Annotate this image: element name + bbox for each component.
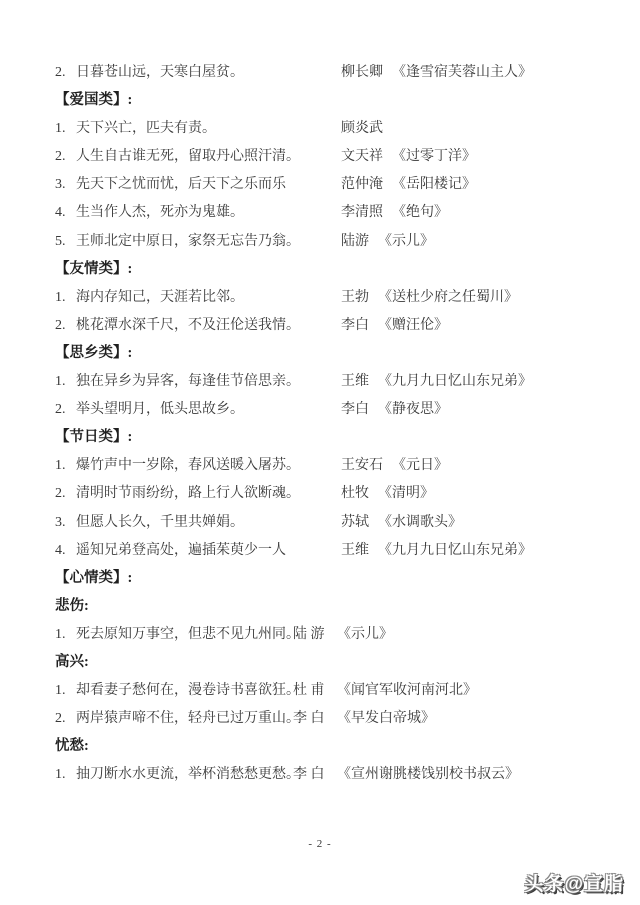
section-heading: 【心情类】: <box>55 569 626 597</box>
quote-work: 《过零丁洋》 <box>392 147 476 166</box>
quote-number: 1. <box>55 765 76 784</box>
quote-number: 1. <box>55 119 76 138</box>
quote-line: 4.遥知兄弟登高处，遍插茱萸少一人王维《九月九日忆山东兄弟》 <box>55 541 626 569</box>
watermark-toutiao: 头条@宣脂 <box>524 869 624 896</box>
quote-author: 杜牧 <box>341 484 369 503</box>
quote-author: 苏轼 <box>341 513 369 532</box>
quote-work: 《元日》 <box>392 456 448 475</box>
quote-text: 先天下之忧而忧，后天下之乐而乐 <box>76 175 341 194</box>
quote-line: 1.死去原知万事空，但悲不见九州同。陆 游《示儿》 <box>55 625 626 653</box>
heading-text: 悲伤: <box>55 597 89 616</box>
heading-text: 【心情类】: <box>55 569 132 588</box>
quote-author: 顾炎武 <box>341 119 383 138</box>
quote-author: 李清照 <box>341 203 383 222</box>
quote-number: 1. <box>55 625 76 644</box>
quote-line: 2.举头望明月，低头思故乡。李白《静夜思》 <box>55 400 626 428</box>
quote-text: 人生自古谁无死，留取丹心照汗清。 <box>76 147 341 166</box>
quote-number: 3. <box>55 175 76 194</box>
mood-subheading: 高兴: <box>55 653 626 681</box>
quote-author: 陆 游 <box>293 625 337 644</box>
quote-number: 2. <box>55 709 76 728</box>
quote-author: 王勃 <box>341 288 369 307</box>
quote-author: 柳长卿 <box>341 63 383 82</box>
quote-line: 1.天下兴亡，匹夫有责。顾炎武 <box>55 119 626 147</box>
quote-work: 《赠汪伦》 <box>378 316 448 335</box>
quote-author: 王安石 <box>341 456 383 475</box>
quote-text: 桃花潭水深千尺，不及汪伦送我情。 <box>76 316 341 335</box>
quote-number: 5. <box>55 232 76 251</box>
quote-author: 王维 <box>341 372 369 391</box>
mood-subheading: 忧愁: <box>55 737 626 765</box>
quote-number: 1. <box>55 288 76 307</box>
document-page: 2.日暮苍山远，天寒白屋贫。柳长卿《逢雪宿芙蓉山主人》【爱国类】:1.天下兴亡，… <box>0 0 640 905</box>
quote-text: 遥知兄弟登高处，遍插茱萸少一人 <box>76 541 341 560</box>
quote-line: 3.先天下之忧而忧，后天下之乐而乐范仲淹《岳阳楼记》 <box>55 175 626 203</box>
section-heading: 【爱国类】: <box>55 91 626 119</box>
section-heading: 【思乡类】: <box>55 344 626 372</box>
quote-line: 4.生当作人杰，死亦为鬼雄。李清照《绝句》 <box>55 203 626 231</box>
quote-text: 生当作人杰，死亦为鬼雄。 <box>76 203 341 222</box>
mood-subheading: 悲伤: <box>55 597 626 625</box>
quote-work: 《宣州谢朓楼饯别校书叔云》 <box>337 765 519 784</box>
quote-line: 1.却看妻子愁何在，漫卷诗书喜欲狂。杜 甫《闻官军收河南河北》 <box>55 681 626 709</box>
quote-text: 但愿人长久，千里共婵娟。 <box>76 513 341 532</box>
quote-line: 2.清明时节雨纷纷，路上行人欲断魂。杜牧《清明》 <box>55 484 626 512</box>
heading-text: 高兴: <box>55 653 89 672</box>
quote-line: 1.海内存知己，天涯若比邻。王勃《送杜少府之任蜀川》 <box>55 288 626 316</box>
quote-work: 《逢雪宿芙蓉山主人》 <box>392 63 532 82</box>
quote-number: 4. <box>55 203 76 222</box>
quote-work: 《九月九日忆山东兄弟》 <box>378 372 532 391</box>
page-number: - 2 - <box>0 838 640 850</box>
quote-line: 2.两岸猿声啼不住，轻舟已过万重山。李 白《早发白帝城》 <box>55 709 626 737</box>
quote-number: 4. <box>55 541 76 560</box>
quote-text: 却看妻子愁何在，漫卷诗书喜欲狂。 <box>76 681 293 700</box>
quote-work: 《水调歌头》 <box>378 513 462 532</box>
quote-number: 2. <box>55 316 76 335</box>
quote-text: 天下兴亡，匹夫有责。 <box>76 119 341 138</box>
quote-author: 李 白 <box>293 765 337 784</box>
quote-text: 两岸猿声啼不住，轻舟已过万重山。 <box>76 709 293 728</box>
quote-work: 《闻官军收河南河北》 <box>337 681 477 700</box>
quote-work: 《示儿》 <box>378 232 434 251</box>
quote-author: 李白 <box>341 316 369 335</box>
quote-author: 杜 甫 <box>293 681 337 700</box>
heading-text: 【节日类】: <box>55 428 132 447</box>
quote-author: 李 白 <box>293 709 337 728</box>
quote-line: 2.日暮苍山远，天寒白屋贫。柳长卿《逢雪宿芙蓉山主人》 <box>55 63 626 91</box>
quote-number: 2. <box>55 63 76 82</box>
quote-text: 海内存知己，天涯若比邻。 <box>76 288 341 307</box>
quote-author: 李白 <box>341 400 369 419</box>
quote-number: 1. <box>55 372 76 391</box>
quote-line: 2.人生自古谁无死，留取丹心照汗清。文天祥《过零丁洋》 <box>55 147 626 175</box>
quote-work: 《岳阳楼记》 <box>392 175 476 194</box>
quote-text: 爆竹声中一岁除，春风送暖入屠苏。 <box>76 456 341 475</box>
quote-work: 《九月九日忆山东兄弟》 <box>378 541 532 560</box>
section-heading: 【节日类】: <box>55 428 626 456</box>
heading-text: 【思乡类】: <box>55 344 132 363</box>
quote-number: 2. <box>55 147 76 166</box>
heading-text: 【友情类】: <box>55 260 132 279</box>
quote-work: 《示儿》 <box>337 625 393 644</box>
quote-author: 陆游 <box>341 232 369 251</box>
quote-text: 独在异乡为异客，每逢佳节倍思亲。 <box>76 372 341 391</box>
quote-line: 1.独在异乡为异客，每逢佳节倍思亲。王维《九月九日忆山东兄弟》 <box>55 372 626 400</box>
quote-text: 王师北定中原日，家祭无忘告乃翁。 <box>76 232 341 251</box>
quote-author: 文天祥 <box>341 147 383 166</box>
quote-author: 王维 <box>341 541 369 560</box>
poem-list: 2.日暮苍山远，天寒白屋贫。柳长卿《逢雪宿芙蓉山主人》【爱国类】:1.天下兴亡，… <box>55 63 626 793</box>
quote-work: 《送杜少府之任蜀川》 <box>378 288 518 307</box>
quote-text: 死去原知万事空，但悲不见九州同。 <box>76 625 293 644</box>
quote-line: 3.但愿人长久，千里共婵娟。苏轼《水调歌头》 <box>55 513 626 541</box>
quote-number: 3. <box>55 513 76 532</box>
quote-text: 抽刀断水水更流，举杯消愁愁更愁。 <box>76 765 293 784</box>
quote-line: 5.王师北定中原日，家祭无忘告乃翁。陆游《示儿》 <box>55 232 626 260</box>
quote-number: 2. <box>55 484 76 503</box>
quote-number: 1. <box>55 681 76 700</box>
heading-text: 忧愁: <box>55 737 89 756</box>
quote-work: 《早发白帝城》 <box>337 709 435 728</box>
quote-text: 清明时节雨纷纷，路上行人欲断魂。 <box>76 484 341 503</box>
quote-text: 日暮苍山远，天寒白屋贫。 <box>76 63 341 82</box>
quote-work: 《静夜思》 <box>378 400 448 419</box>
quote-line: 1.爆竹声中一岁除，春风送暖入屠苏。王安石《元日》 <box>55 456 626 484</box>
quote-text: 举头望明月，低头思故乡。 <box>76 400 341 419</box>
quote-number: 2. <box>55 400 76 419</box>
quote-line: 1.抽刀断水水更流，举杯消愁愁更愁。李 白《宣州谢朓楼饯别校书叔云》 <box>55 765 626 793</box>
quote-line: 2.桃花潭水深千尺，不及汪伦送我情。李白《赠汪伦》 <box>55 316 626 344</box>
quote-work: 《清明》 <box>378 484 434 503</box>
quote-number: 1. <box>55 456 76 475</box>
heading-text: 【爱国类】: <box>55 91 132 110</box>
section-heading: 【友情类】: <box>55 260 626 288</box>
quote-work: 《绝句》 <box>392 203 448 222</box>
quote-author: 范仲淹 <box>341 175 383 194</box>
